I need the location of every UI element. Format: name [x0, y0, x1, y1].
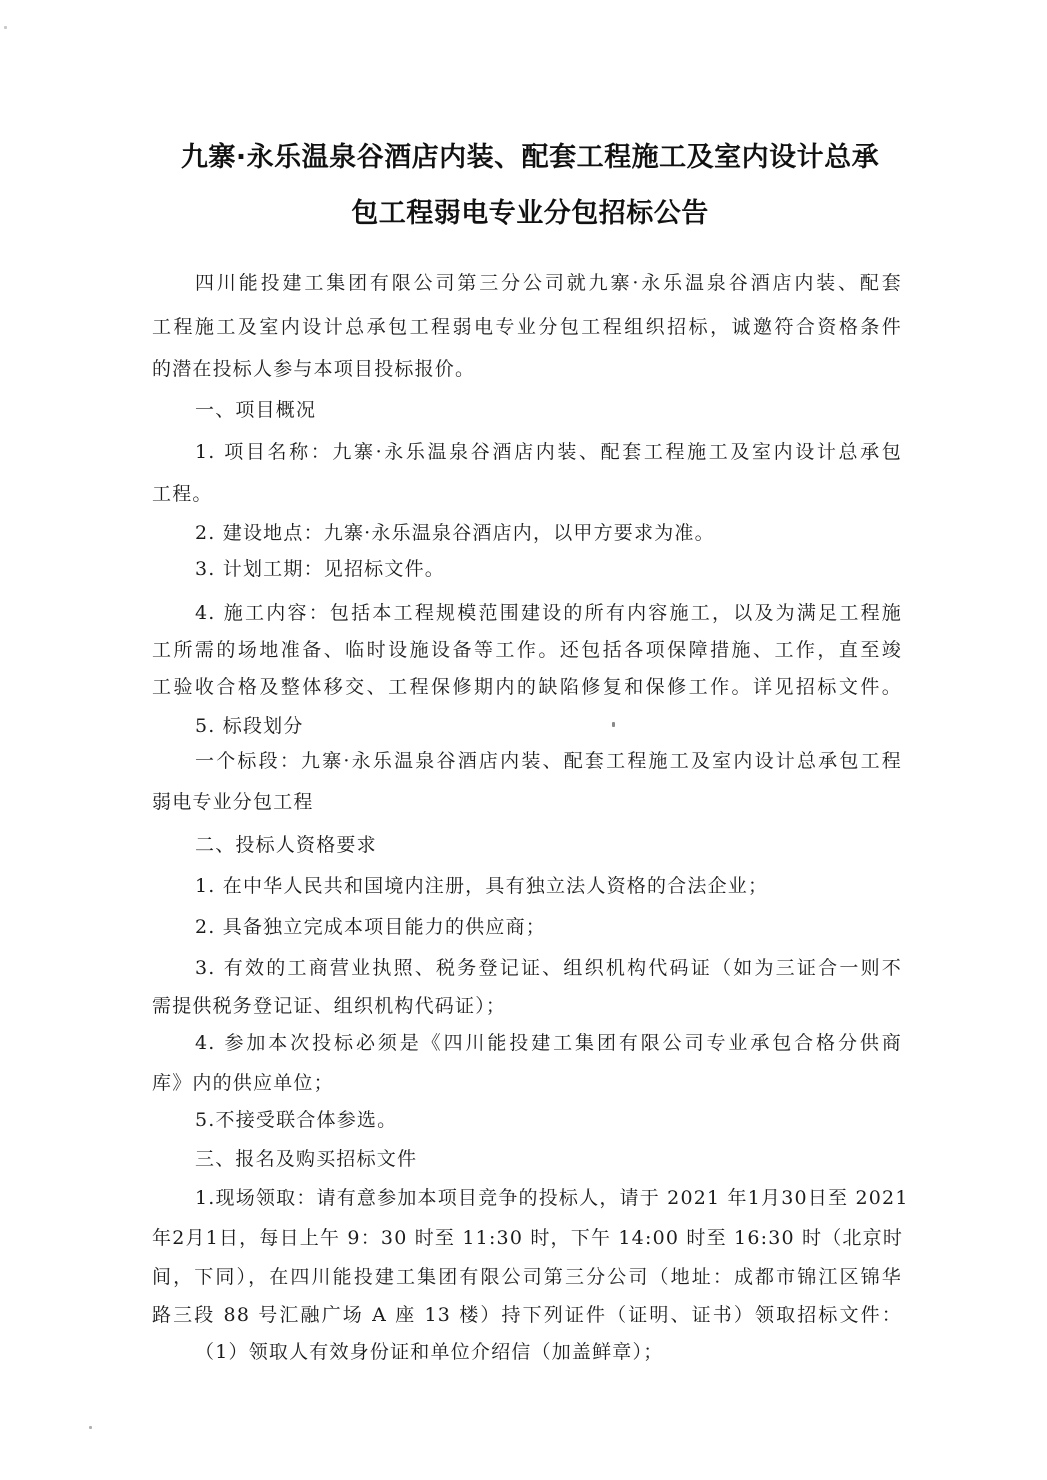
planned-duration-item: 3. 计划工期：见招标文件。	[195, 556, 902, 582]
scanned-document-page: 九寨·永乐温泉谷酒店内装、配套工程施工及室内设计总承 包工程弱电专业分包招标公告…	[0, 0, 1047, 1480]
lot-description-cont: 弱电专业分包工程	[152, 789, 902, 815]
scan-artifact	[4, 26, 7, 29]
qualification-item: 5.不接受联合体参选。	[195, 1107, 902, 1133]
project-name-item: 1. 项目名称：九寨·永乐温泉谷酒店内装、配套工程施工及室内设计总承包	[195, 439, 902, 465]
intro-paragraph-line: 四川能投建工集团有限公司第三分公司就九寨·永乐温泉谷酒店内装、配套	[195, 270, 902, 296]
lot-division-item: 5. 标段划分	[195, 713, 902, 739]
qualification-item: 4. 参加本次投标必须是《四川能投建工集团有限公司专业承包合格分供商	[195, 1030, 902, 1056]
qualification-item-cont: 需提供税务登记证、组织机构代码证）；	[152, 993, 902, 1019]
onsite-pickup-item-cont: 路三段 88 号汇融广场 A 座 13 楼）持下列证件（证明、证书）领取招标文件…	[152, 1302, 902, 1328]
onsite-pickup-item: 1.现场领取：请有意参加本项目竞争的投标人，请于 2021 年1月30日至 20…	[195, 1185, 902, 1211]
construction-location-item: 2. 建设地点：九寨·永乐温泉谷酒店内，以甲方要求为准。	[195, 520, 902, 546]
intro-paragraph-line: 的潜在投标人参与本项目投标报价。	[152, 356, 902, 382]
section-heading-registration: 三、报名及购买招标文件	[195, 1146, 902, 1172]
section-heading-project-overview: 一、项目概况	[195, 397, 902, 423]
project-name-item-cont: 工程。	[152, 481, 902, 507]
qualification-item: 1. 在中华人民共和国境内注册，具有独立法人资格的合法企业；	[195, 873, 902, 899]
qualification-item-cont: 库》内的供应单位；	[152, 1070, 902, 1096]
document-title-line-2: 包工程弱电专业分包招标公告	[150, 191, 910, 230]
construction-content-item-cont: 工验收合格及整体移交、工程保修期内的缺陷修复和保修工作。详见招标文件。	[152, 674, 902, 700]
construction-content-item-cont: 工所需的场地准备、临时设施设备等工作。还包括各项保障措施、工作，直至竣	[152, 637, 902, 663]
qualification-item: 3. 有效的工商营业执照、税务登记证、组织机构代码证（如为三证合一则不	[195, 955, 902, 981]
document-title-line-1: 九寨·永乐温泉谷酒店内装、配套工程施工及室内设计总承	[150, 135, 910, 174]
scan-artifact	[89, 1426, 92, 1429]
section-heading-bidder-qualification: 二、投标人资格要求	[195, 832, 902, 858]
onsite-pickup-item-cont: 年2月1日，每日上午 9：30 时至 11:30 时，下午 14:00 时至 1…	[152, 1225, 902, 1251]
intro-paragraph-line: 工程施工及室内设计总承包工程弱电专业分包工程组织招标，诚邀符合资格条件	[152, 314, 902, 340]
lot-description: 一个标段：九寨·永乐温泉谷酒店内装、配套工程施工及室内设计总承包工程	[195, 748, 902, 774]
onsite-pickup-item-cont: 间，下同），在四川能投建工集团有限公司第三分公司（地址：成都市锦江区锦华	[152, 1264, 902, 1290]
scan-artifact	[612, 722, 615, 727]
qualification-item: 2. 具备独立完成本项目能力的供应商；	[195, 914, 902, 940]
required-document-item: （1）领取人有效身份证和单位介绍信（加盖鲜章）；	[195, 1339, 902, 1365]
construction-content-item: 4. 施工内容：包括本工程规模范围建设的所有内容施工，以及为满足工程施	[195, 600, 902, 626]
